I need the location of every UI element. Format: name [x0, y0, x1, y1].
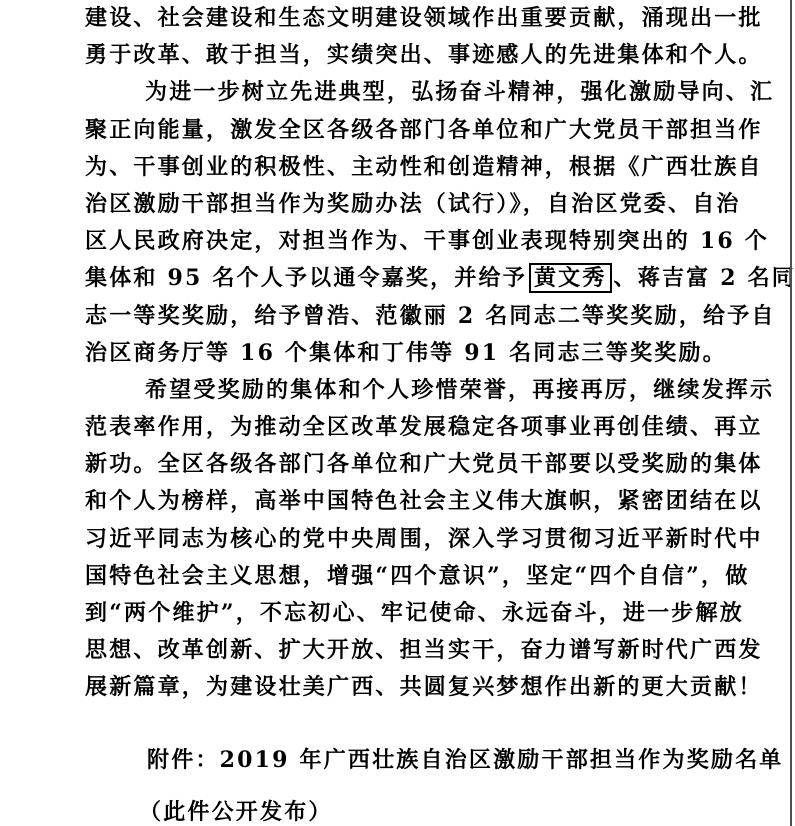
boxed-name-highlight: 黄文秀 [529, 263, 612, 293]
body-line-16: 国特色社会主义思想，增强“四个意识”，坚定“四个自信”，做 [85, 558, 769, 595]
body-line-8-award: 集体和 95 名个人予以通令嘉奖，并给予黄文秀、蒋吉富 2 名同 [85, 260, 769, 297]
body-line-14: 和个人为榜样，高举中国特色社会主义伟大旗帜，紧密团结在以 [85, 483, 769, 520]
body-line-13: 新功。全区各级各部门各单位和广大党员干部要以受奖励的集体 [85, 446, 769, 483]
body-line-15: 习近平同志为核心的党中央周围，深入学习贯彻习近平新时代中 [85, 521, 769, 558]
body-line-19: 展新篇章，为建设壮美广西、共圆复兴梦想作出新的更大贡献！ [85, 669, 769, 706]
document-page: 建设、社会建设和生态文明建设领域作出重要贡献，涌现出一批 勇于改革、敢于担当，实… [0, 0, 795, 826]
body-line-18: 思想、改革创新、扩大开放、担当实干，奋力谱写新时代广西发 [85, 632, 769, 669]
body-line-17: 到“两个维护”，不忘初心、牢记使命、永远奋斗，进一步解放 [85, 595, 769, 632]
body-line-2: 勇于改革、敢于担当，实绩突出、事迹感人的先进集体和个人。 [85, 37, 769, 74]
body-line-7: 区人民政府决定，对担当作为、干事创业表现特别突出的 16 个 [85, 223, 769, 260]
body-line-1: 建设、社会建设和生态文明建设领域作出重要贡献，涌现出一批 [85, 0, 769, 37]
attachment-line: 附件：2019 年广西壮族自治区激励干部担当作为奖励名单 [85, 742, 769, 779]
body-line-11: 希望受奖励的集体和个人珍惜荣誉，再接再厉，继续发挥示 [85, 372, 769, 409]
page-edge-line [790, 0, 792, 826]
body-line-9: 志一等奖奖励，给予曾浩、范徽丽 2 名同志二等奖奖励，给予自 [85, 298, 769, 335]
public-release-note: （此件公开发布） [85, 794, 769, 826]
award-line-before: 集体和 95 名个人予以通令嘉奖，并给予 [85, 265, 527, 291]
body-line-10: 治区商务厅等 16 个集体和丁伟等 91 名同志三等奖奖励。 [85, 335, 769, 372]
body-line-12: 范表率作用，为推动全区改革发展稳定各项事业再创佳绩、再立 [85, 409, 769, 446]
body-line-3: 为进一步树立先进典型，弘扬奋斗精神，强化激励导向、汇 [85, 74, 769, 111]
body-line-4: 聚正向能量，激发全区各级各部门各单位和广大党员干部担当作 [85, 112, 769, 149]
document-body: 建设、社会建设和生态文明建设领域作出重要贡献，涌现出一批 勇于改革、敢于担当，实… [85, 0, 769, 826]
body-line-5: 为、干事创业的积极性、主动性和创造精神，根据《广西壮族自 [85, 149, 769, 186]
body-line-6: 治区激励干部担当作为奖励办法（试行）》，自治区党委、自治 [85, 186, 769, 223]
award-line-after: 、蒋吉富 2 名同 [614, 265, 795, 291]
